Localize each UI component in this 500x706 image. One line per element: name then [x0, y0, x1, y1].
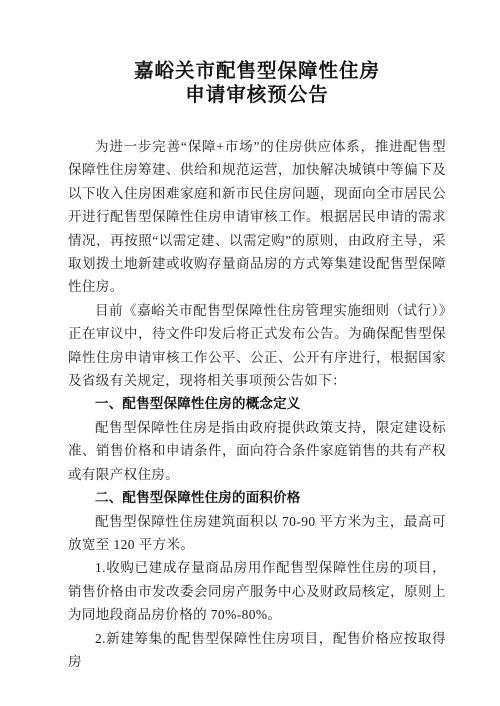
- paragraph-definition: 配售型保障性住房是指由政府提供政策支持，限定建设标准、销售价格和申请条件，面向符…: [68, 416, 446, 486]
- section-heading-1: 一、配售型保障性住房的概念定义: [68, 392, 446, 415]
- section-heading-2: 二、配售型保障性住房的面积价格: [68, 486, 446, 509]
- paragraph-price-item-2: 2.新建筹集的配售型保障性住房项目，配售价格应按取得房: [68, 627, 446, 674]
- document-title-line-1: 嘉峪关市配售型保障性住房: [68, 60, 446, 84]
- document-title-line-2: 申请审核预公告: [68, 84, 446, 108]
- document-body: 为进一步完善“保障+市场”的住房供应体系，推进配售型保障性住房筹建、供给和规范运…: [0, 135, 500, 673]
- paragraph-intro: 为进一步完善“保障+市场”的住房供应体系，推进配售型保障性住房筹建、供给和规范运…: [68, 135, 446, 299]
- paragraph-price-item-1: 1.收购已建成存量商品房用作配售型保障性住房的项目，销售价格由市发改委会同房产服…: [68, 556, 446, 626]
- document-page: 嘉峪关市配售型保障性住房 申请审核预公告 为进一步完善“保障+市场”的住房供应体…: [0, 0, 500, 706]
- paragraph-current-status: 目前《嘉峪关市配售型保障性住房管理实施细则（试行）》正在审议中，待文件印发后将正…: [68, 299, 446, 393]
- paragraph-area: 配售型保障性住房建筑面积以 70-90 平方米为主，最高可放宽至 120 平方米…: [68, 510, 446, 557]
- document-title: 嘉峪关市配售型保障性住房 申请审核预公告: [0, 60, 500, 108]
